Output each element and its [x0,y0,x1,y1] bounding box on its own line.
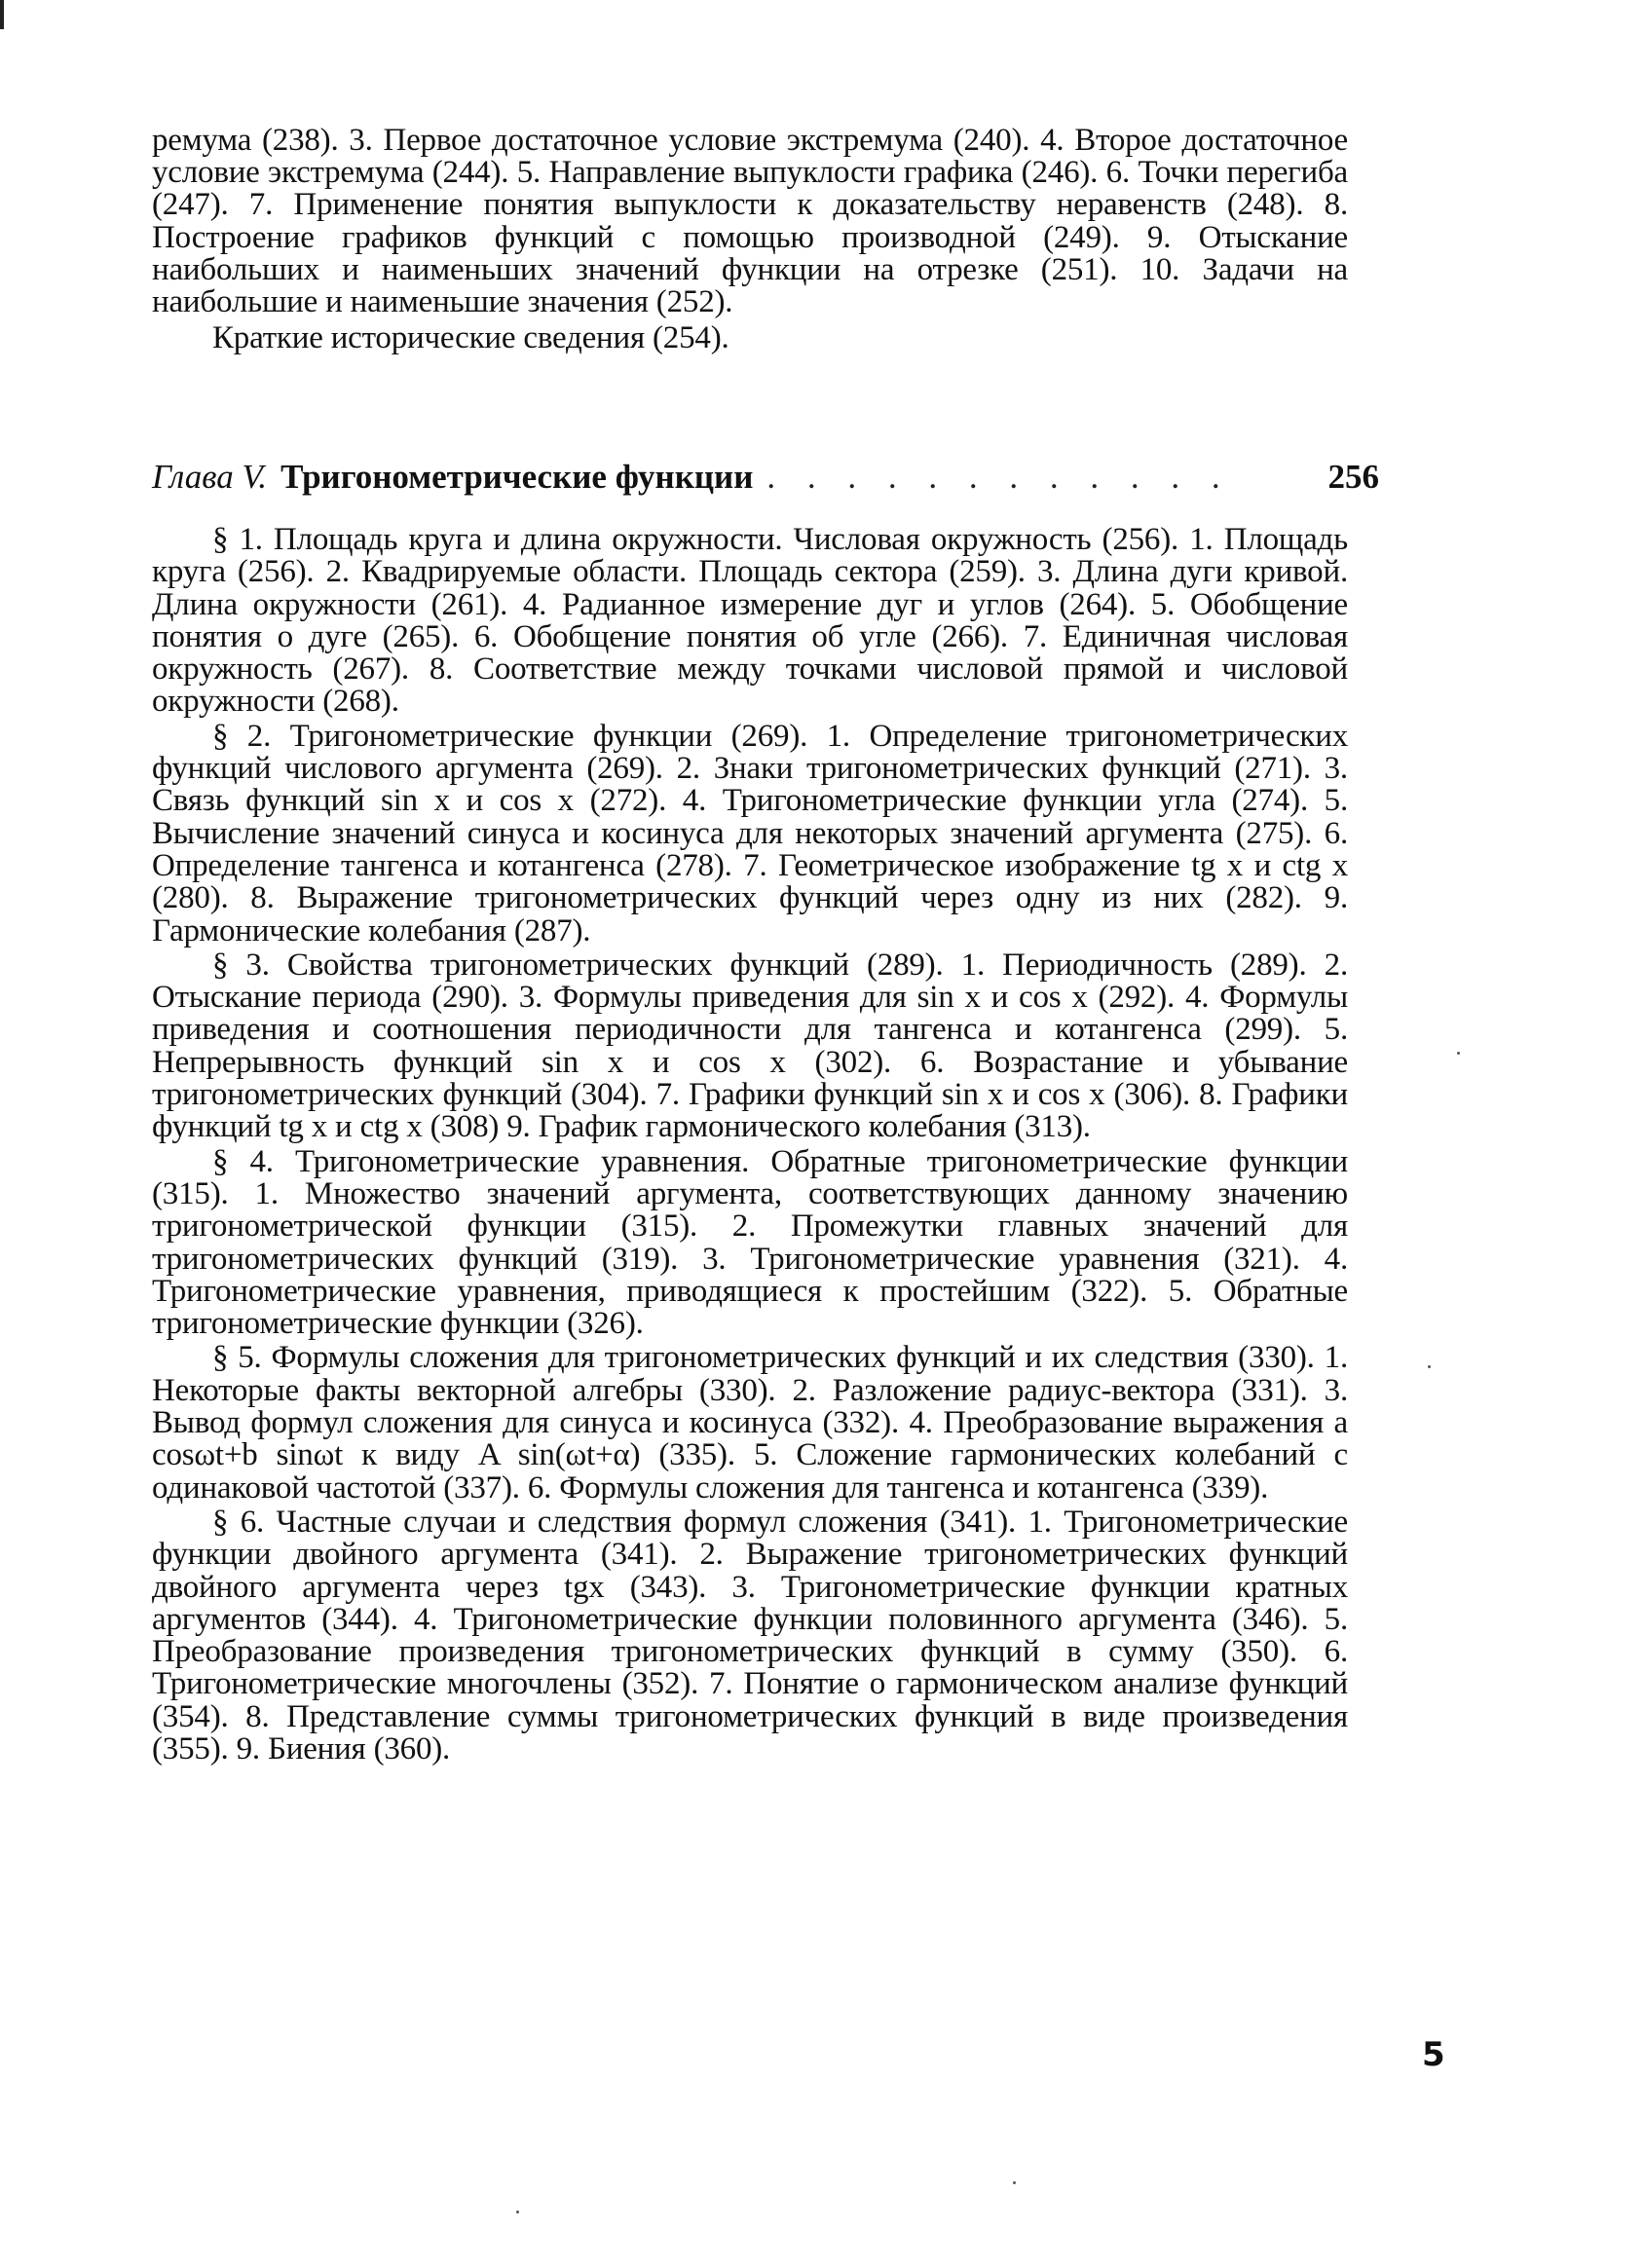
historical-notes-entry: Краткие исторические сведения (254). [152,322,1348,354]
continuation-paragraph: ремума (238). 3. Первое достаточное усло… [152,125,1348,318]
section-entry-2: § 2. Тригонометрические функции (269). 1… [152,721,1348,948]
chapter-page-number: 256 [1328,458,1380,497]
scan-speck [516,2211,519,2213]
scan-speck [1428,1365,1431,1368]
chapter-heading: Глава V. Тригонометрические функции . . … [152,458,1379,497]
continuation-block: ремума (238). 3. Первое достаточное усло… [152,125,1348,354]
scan-speck [1457,1052,1460,1055]
section-entry-3: § 3. Свойства тригонометрических функций… [152,949,1348,1144]
chapter-title: Тригонометрические функции [280,458,753,497]
page-edge-mark [0,0,4,29]
section-entry-5: § 5. Формулы сложения для тригонометриче… [152,1342,1348,1504]
scan-speck [1013,2181,1016,2184]
section-entry-4: § 4. Тригонометрические уравнения. Обрат… [152,1146,1348,1341]
page-number: 5 [1422,2035,1445,2074]
leader-dots: . . . . . . . . . . . . [766,458,1314,497]
section-entry-6: § 6. Частные случаи и следствия формул с… [152,1506,1348,1766]
section-list: § 1. Площадь круга и длина окружности. Ч… [152,524,1348,1766]
chapter-label: Глава V. [152,458,267,497]
section-entry-1: § 1. Площадь круга и длина окружности. Ч… [152,524,1348,719]
